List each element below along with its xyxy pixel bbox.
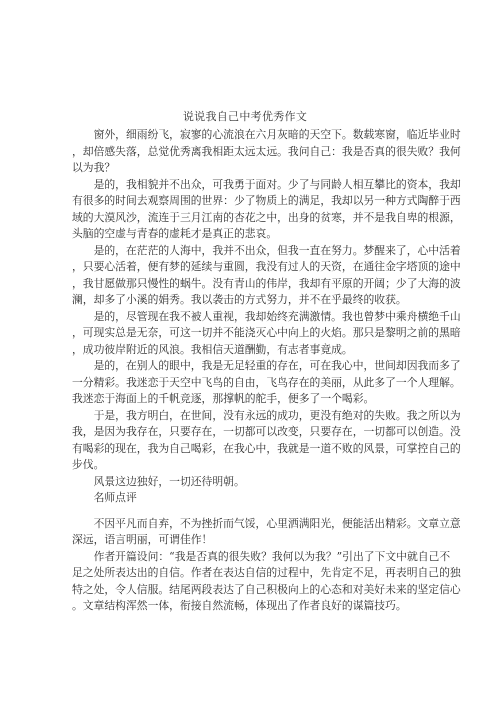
text-line: 深远，语言明丽，可谓佳作！ [72, 532, 418, 549]
text-line: 是的，在茫茫的人海中，我并不出众，但我一直在努力。梦醒来了，心中活着 [72, 243, 418, 260]
paragraph-appearance: 是的，我相貌并不出众，可我勇于面对。少了与同龄人相互攀比的资本，我却 有很多的时… [72, 177, 418, 243]
commentary-summary: 不因平凡而自弃，不为挫折而气馁，心里洒满阳光，便能活出精彩。文章立意 深远，语言… [72, 516, 418, 549]
text-line: 名师点评 [72, 490, 418, 507]
text-line: ，只要心活着，便有梦的延续与重圆，我没有过人的天资，在通往金字塔顶的途中 [72, 259, 418, 276]
text-line: 步伐。 [72, 457, 418, 474]
text-line: ，可现实总是无奈，可这一切并不能浇灭心中向上的火焰。那只是黎明之前的黑暗 [72, 325, 418, 342]
text-line: 是的，我相貌并不出众，可我勇于面对。少了与同龄人相互攀比的资本，我却 [72, 177, 418, 194]
document-title: 说说我自己中考优秀作文 [72, 109, 418, 125]
text-line: 足之处所表达出的自信。作者在表达自信的过程中，先肯定不足，再表明自己的独 [72, 565, 418, 582]
text-line: 头脑的空虚与青春的虚耗才是真正的悲哀。 [72, 226, 418, 243]
text-line: 域的大漠风沙，流连于三月江南的杏花之中，出身的贫寒，并不是我自卑的根源， [72, 210, 418, 227]
text-line: 作者开篇设问：“我是否真的很失败？我何以为我？”引出了下文中就自己不 [72, 549, 418, 566]
text-line: ，成功彼岸附近的风浪。我相信天道酬勤，有志者事竟成。 [72, 342, 418, 359]
text-line: 我，是因为我存在，只要存在，一切都可以改变，只要存在，一切都可以创造。没 [72, 424, 418, 441]
text-line: ，却倍感失落，总觉优秀离我相距太远太远。我问自己：我是否真的很失败？我何 [72, 144, 418, 161]
document-page: 说说我自己中考优秀作文 窗外，细雨纷飞，寂寥的心流浪在六月灰暗的天空下。数载寒窗… [72, 109, 418, 615]
paragraph-others-eyes: 是的，在别人的眼中，我是无足轻重的存在，可在我心中，世间却因我而多了 一分精彩。… [72, 358, 418, 408]
text-line: 是的，在别人的眼中，我是无足轻重的存在，可在我心中，世间却因我而多了 [72, 358, 418, 375]
commentary-heading: 名师点评 [72, 490, 418, 507]
text-line: 澜，却多了小溪的娟秀。我以袭击的方式努力，并不在乎最终的收获。 [72, 292, 418, 309]
paragraph-intro: 窗外，细雨纷飞，寂寥的心流浪在六月灰暗的天空下。数载寒窗，临近毕业时 ，却倍感失… [72, 127, 418, 177]
text-line: 不因平凡而自弃，不为挫折而气馁，心里洒满阳光，便能活出精彩。文章立意 [72, 516, 418, 533]
text-line: 。文章结构浑然一体，衔接自然流畅，体现出了作者良好的谋篇技巧。 [72, 598, 418, 615]
text-line: 风景这边独好，一切还待明朝。 [72, 474, 418, 491]
paragraph-conclusion: 于是，我方明白，在世间，没有永远的成功，更没有绝对的失败。我之所以为 我，是因为… [72, 408, 418, 474]
text-line: 有很多的时间去观察周围的世界：少了物质上的满足，我却以另一种方式陶醉于西 [72, 193, 418, 210]
text-line: 以为我？ [72, 160, 418, 177]
text-line: 是的，尽管现在我不被人重视，我却始终充满激情。我也曾梦中乘舟横绝千山 [72, 309, 418, 326]
commentary-analysis: 作者开篇设问：“我是否真的很失败？我何以为我？”引出了下文中就自己不 足之处所表… [72, 549, 418, 615]
text-line: 一分精彩。我迷恋于天空中飞鸟的自由，飞鸟存在的美丽，从此多了一个人理解。 [72, 375, 418, 392]
text-line: ，我甘愿做那只慢性的蜗牛。没有青山的伟岸，我却有平原的开阔；少了大海的波 [72, 276, 418, 293]
text-line: 有喝彩的现在，我为自己喝彩，在我心中，我就是一道不败的风景，可掌控自己的 [72, 441, 418, 458]
text-line: 窗外，细雨纷飞，寂寥的心流浪在六月灰暗的天空下。数载寒窗，临近毕业时 [72, 127, 418, 144]
text-line: 于是，我方明白，在世间，没有永远的成功，更没有绝对的失败。我之所以为 [72, 408, 418, 425]
paragraph-effort: 是的，在茫茫的人海中，我并不出众，但我一直在努力。梦醒来了，心中活着 ，只要心活… [72, 243, 418, 309]
spacer [72, 507, 418, 516]
paragraph-closing: 风景这边独好，一切还待明朝。 [72, 474, 418, 491]
text-line: 我迷恋于海面上的千帆竞逐，那撑帆的舵手，便多了一个喝彩。 [72, 391, 418, 408]
paragraph-passion: 是的，尽管现在我不被人重视，我却始终充满激情。我也曾梦中乘舟横绝千山 ，可现实总… [72, 309, 418, 359]
text-line: 特之处，令人信服。结尾两段表达了自己积极向上的心态和对美好未来的坚定信心 [72, 582, 418, 599]
